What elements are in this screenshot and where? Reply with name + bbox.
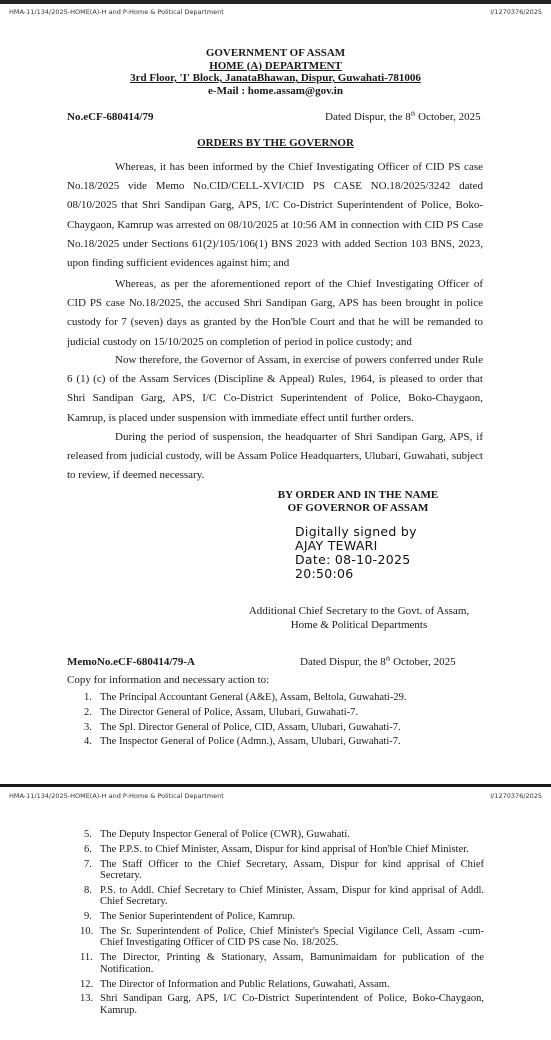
recipient-number: 8. [84, 885, 92, 897]
memo-date-suffix: October, 2025 [390, 656, 455, 668]
memo-intro: Copy for information and necessary actio… [67, 674, 269, 686]
by-order-line-1: BY ORDER AND IN THE NAME [240, 489, 476, 502]
recipient-text: The Director General of Police, Assam, U… [100, 707, 358, 718]
order-title: ORDERS BY THE GOVERNOR [0, 137, 551, 150]
by-order-line-2: OF GOVERNOR OF ASSAM [240, 502, 476, 515]
recipient-item: 4.The Inspector General of Police (Admn.… [80, 736, 484, 748]
recipient-list-page-1: 1.The Principal Accountant General (A&E)… [80, 692, 484, 751]
recipient-text: The Inspector General of Police (Admn.),… [100, 736, 401, 747]
receipt-number: I/1270376/2025 [490, 792, 542, 800]
memo-date: Dated Dispur, the 8th October, 2025 [300, 656, 456, 668]
letterhead-department: HOME (A) DEPARTMENT [0, 60, 551, 73]
recipient-item: 5.The Deputy Inspector General of Police… [80, 829, 484, 841]
receipt-number: I/1270376/2025 [490, 8, 542, 16]
recipient-text: The Senior Superintendent of Police, Kam… [100, 911, 295, 922]
recipient-text: The Sr. Superintendent of Police, Chief … [100, 926, 484, 949]
recipient-text: The Spl. Director General of Police, CID… [100, 722, 401, 733]
recipient-number: 11. [80, 952, 93, 964]
page-separator [0, 784, 551, 787]
recipient-number: 3. [84, 722, 92, 734]
recipient-number: 1. [84, 692, 92, 704]
recipient-item: 8.P.S. to Addl. Chief Secretary to Chief… [80, 885, 484, 908]
recipient-item: 2.The Director General of Police, Assam,… [80, 707, 484, 719]
recipient-item: 7.The Staff Officer to the Chief Secreta… [80, 859, 484, 882]
recipient-item: 9.The Senior Superintendent of Police, K… [80, 911, 484, 923]
letterhead: GOVERNMENT OF ASSAM HOME (A) DEPARTMENT … [0, 47, 551, 97]
paragraph-3: Now therefore, the Governor of Assam, in… [67, 351, 483, 428]
letterhead-email: e-Mail : home.assam@gov.in [0, 85, 551, 98]
memo-date-prefix: Dated Dispur, the 8 [300, 656, 386, 668]
recipient-text: The P.P.S. to Chief Minister, Assam, Dis… [100, 844, 469, 855]
letterhead-government: GOVERNMENT OF ASSAM [0, 47, 551, 60]
recipient-item: 6.The P.P.S. to Chief Minister, Assam, D… [80, 844, 484, 856]
recipient-number: 5. [84, 829, 92, 841]
recipient-item: 1.The Principal Accountant General (A&E)… [80, 692, 484, 704]
recipient-item: 10.The Sr. Superintendent of Police, Chi… [80, 926, 484, 949]
signatory-designation: Additional Chief Secretary to the Govt. … [240, 604, 478, 632]
recipient-text: The Staff Officer to the Chief Secretary… [100, 859, 484, 882]
signature-time: 20:50:06 [295, 567, 417, 581]
paragraph-4: During the period of suspension, the hea… [67, 428, 483, 486]
by-order-block: BY ORDER AND IN THE NAME OF GOVERNOR OF … [240, 489, 476, 514]
page-header-1: HMA-11/134/2025-HOME(A)-H and P-Home & P… [0, 5, 551, 19]
signer-name: AJAY TEWARI [295, 539, 417, 553]
letterhead-address: 3rd Floor, 'I' Block, JanataBhawan, Disp… [0, 72, 551, 85]
recipient-number: 10. [80, 926, 93, 938]
paragraph-1: Whereas, it has been informed by the Chi… [67, 158, 483, 273]
recipient-text: Shri Sandipan Garg, APS, I/C Co-District… [100, 993, 484, 1016]
file-reference: HMA-11/134/2025-HOME(A)-H and P-Home & P… [9, 8, 224, 16]
order-number: No.eCF-680414/79 [67, 111, 153, 123]
digital-signature-label: Digitally signed by [295, 525, 417, 539]
recipient-number: 9. [84, 911, 92, 923]
recipient-number: 2. [84, 707, 92, 719]
recipient-text: The Director of Information and Public R… [100, 979, 390, 990]
recipient-item: 12.The Director of Information and Publi… [80, 979, 484, 991]
order-date-prefix: Dated Dispur, the 8 [325, 111, 411, 123]
recipient-number: 7. [84, 859, 92, 871]
recipient-item: 13.Shri Sandipan Garg, APS, I/C Co-Distr… [80, 993, 484, 1016]
recipient-text: The Deputy Inspector General of Police (… [100, 829, 350, 840]
recipient-item: 3.The Spl. Director General of Police, C… [80, 722, 484, 734]
paragraph-2: Whereas, as per the aforementioned repor… [67, 275, 483, 352]
recipient-item: 11.The Director, Printing & Stationary, … [80, 952, 484, 975]
digital-signature: Digitally signed by AJAY TEWARI Date: 08… [295, 525, 417, 581]
recipient-number: 13. [80, 993, 93, 1005]
recipient-text: P.S. to Addl. Chief Secretary to Chief M… [100, 885, 484, 908]
recipient-number: 4. [84, 736, 92, 748]
signature-date: Date: 08-10-2025 [295, 553, 417, 567]
recipient-text: The Principal Accountant General (A&E), … [100, 692, 406, 703]
order-date: Dated Dispur, the 8th October, 2025 [325, 111, 481, 123]
page-header-2: HMA-11/134/2025-HOME(A)-H and P-Home & P… [0, 789, 551, 803]
recipient-number: 12. [80, 979, 93, 991]
file-reference: HMA-11/134/2025-HOME(A)-H and P-Home & P… [9, 792, 224, 800]
recipient-list-page-2: 5.The Deputy Inspector General of Police… [80, 829, 484, 1020]
recipient-number: 6. [84, 844, 92, 856]
designation-line-2: Home & Political Departments [240, 618, 478, 632]
designation-line-1: Additional Chief Secretary to the Govt. … [240, 604, 478, 618]
order-date-suffix: October, 2025 [415, 111, 480, 123]
memo-number: MemoNo.eCF-680414/79-A [67, 656, 195, 668]
top-bar [0, 0, 551, 4]
recipient-text: The Director, Printing & Stationary, Ass… [100, 952, 484, 975]
